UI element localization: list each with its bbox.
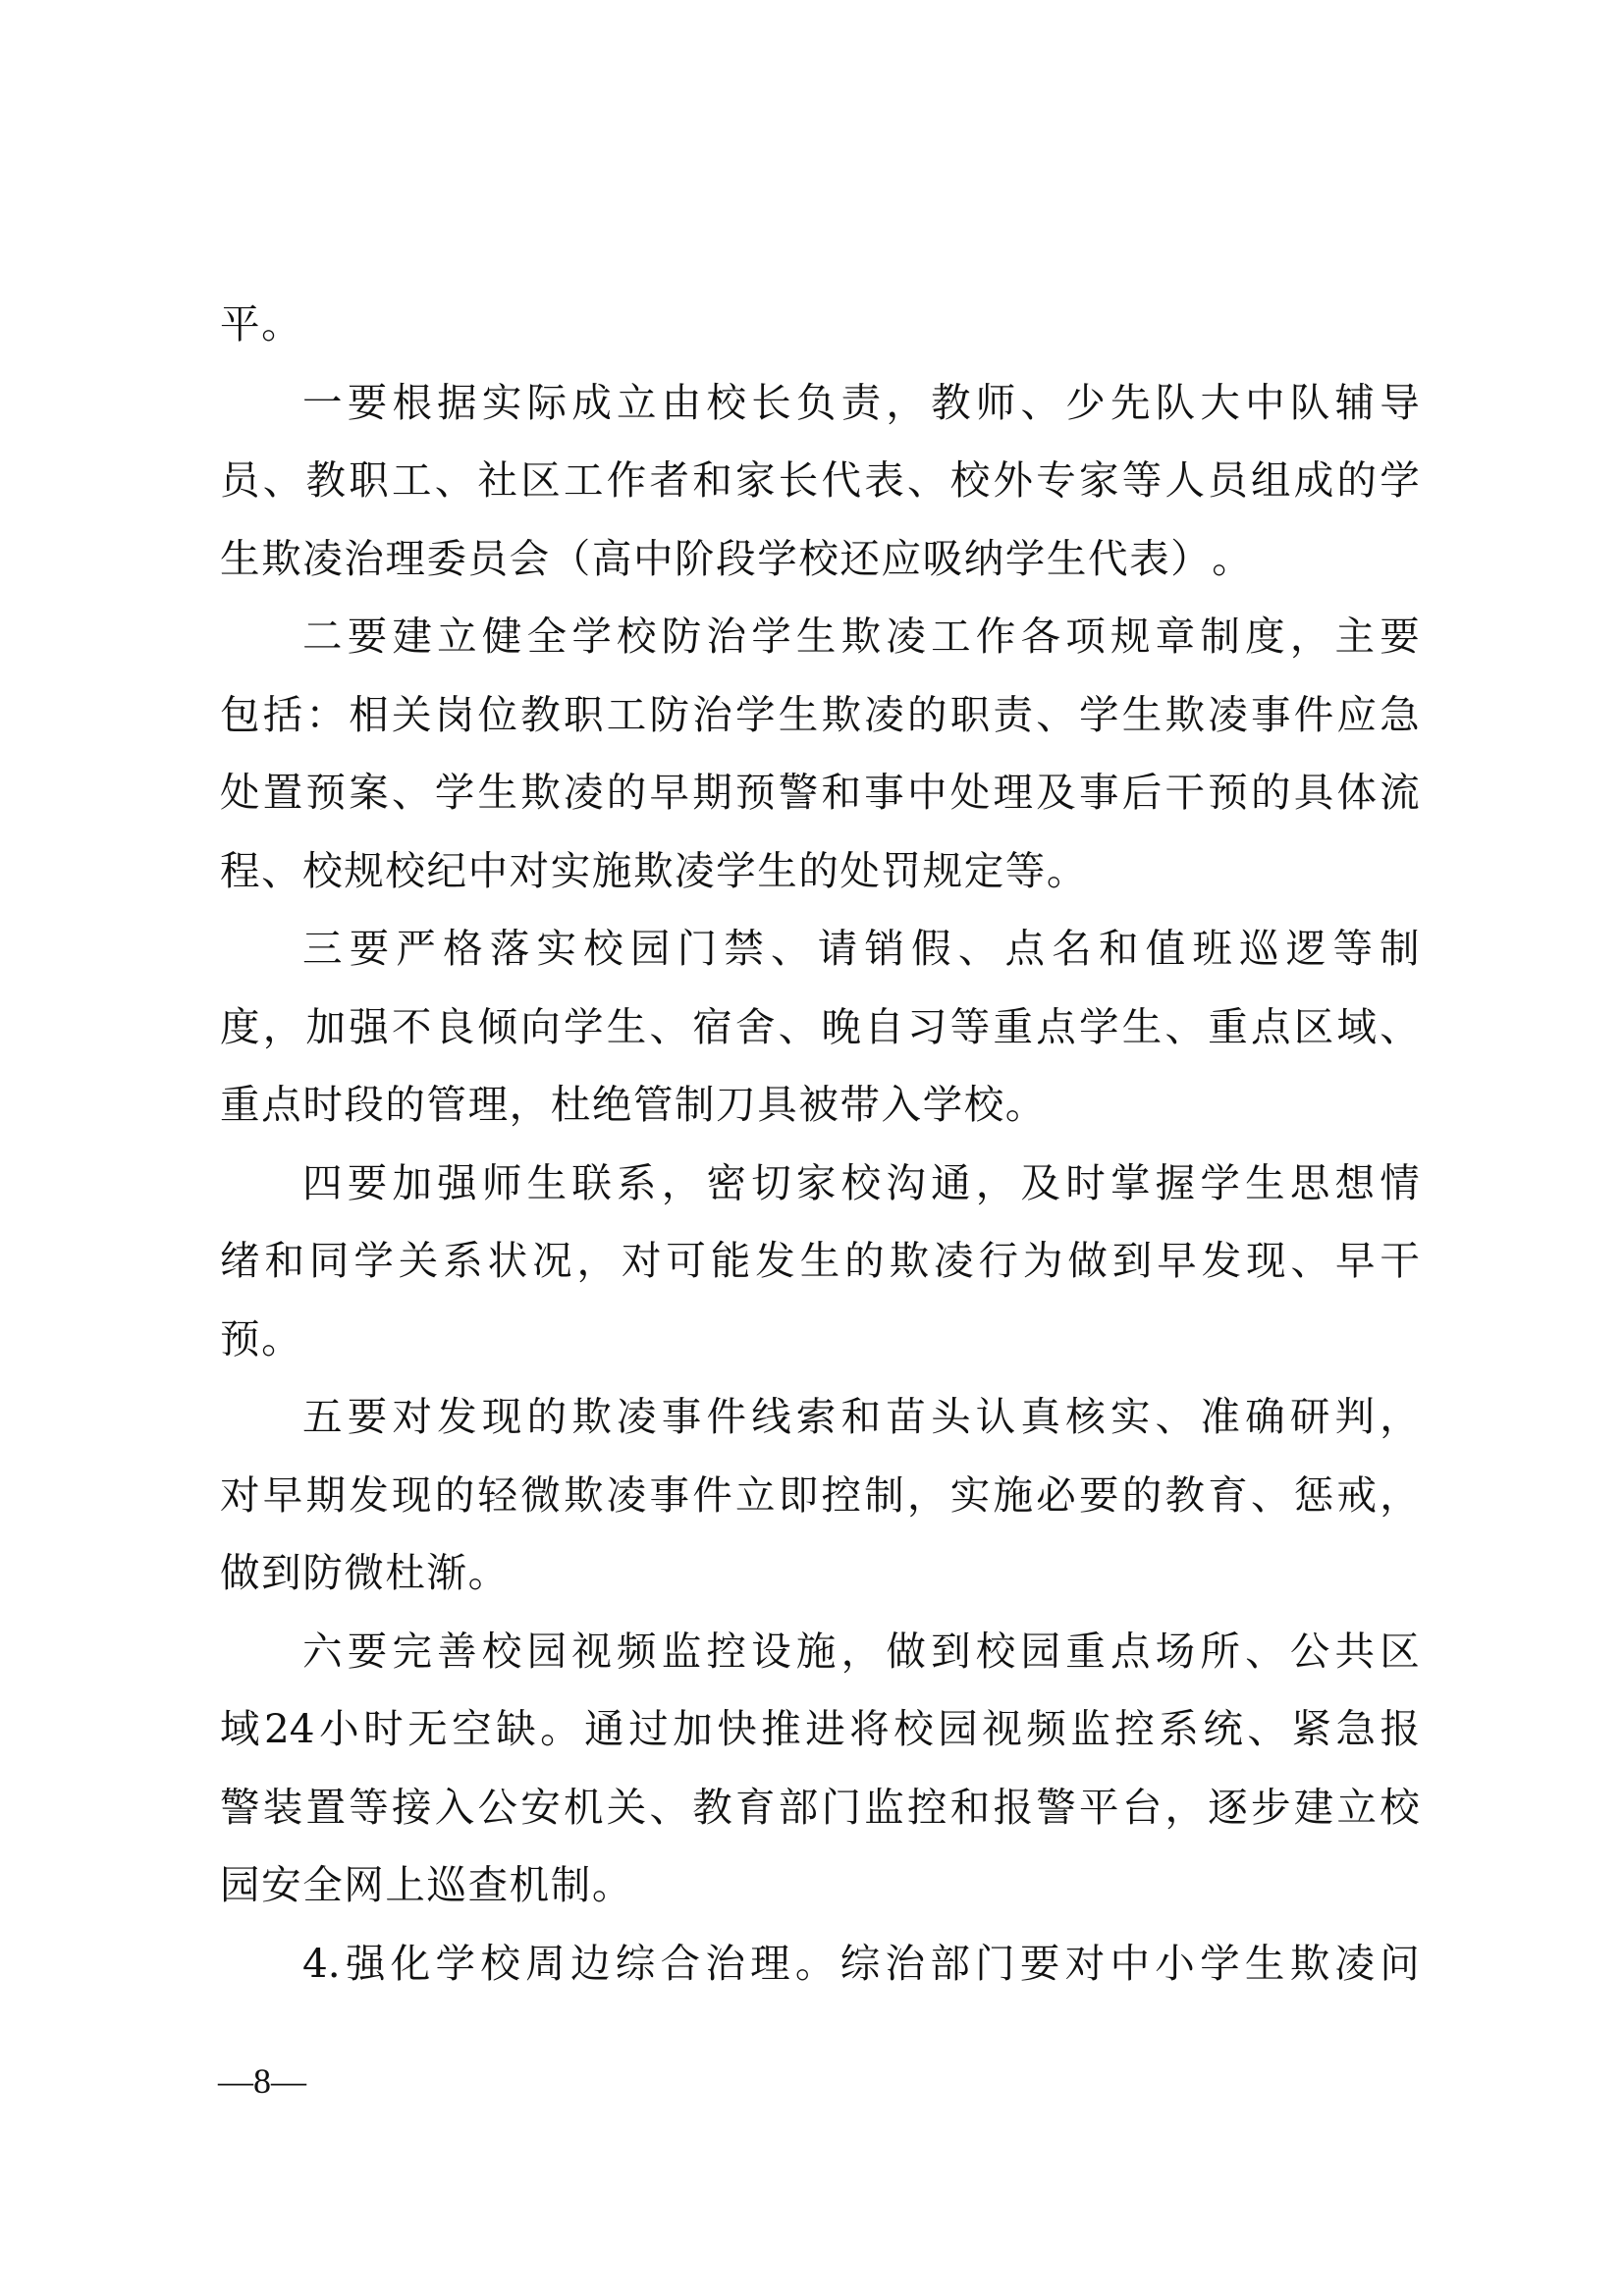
text-line: 预。 [220, 1311, 1420, 1390]
text-line: 域24小时无空缺。通过加快推进将校园视频监控系统、紧急报 [220, 1701, 1420, 1780]
text-line: 4.强化学校周边综合治理。综治部门要对中小学生欺凌问 [220, 1936, 1420, 2014]
text-line: 三要严格落实校园门禁、请销假、点名和值班巡逻等制 [220, 921, 1420, 999]
text-line: 警装置等接入公安机关、教育部门监控和报警平台，逐步建立校 [220, 1780, 1420, 1858]
text-line: 二要建立健全学校防治学生欺凌工作各项规章制度，主要 [220, 609, 1420, 687]
text-line: 员、教职工、社区工作者和家长代表、校外专家等人员组成的学 [220, 453, 1420, 531]
text-line: 园安全网上巡查机制。 [220, 1857, 1420, 1936]
text-line: 做到防微杜渐。 [220, 1545, 1420, 1624]
text-line: 重点时段的管理，杜绝管制刀具被带入学校。 [220, 1077, 1420, 1155]
text-line: 包括：相关岗位教职工防治学生欺凌的职责、学生欺凌事件应急 [220, 687, 1420, 766]
document-page: 平。一要根据实际成立由校长负责，教师、少先队大中队辅导员、教职工、社区工作者和家… [0, 0, 1624, 2296]
text-line: 处置预案、学生欺凌的早期预警和事中处理及事后干预的具体流 [220, 765, 1420, 843]
body-text: 平。一要根据实际成立由校长负责，教师、少先队大中队辅导员、教职工、社区工作者和家… [220, 296, 1420, 2013]
text-line: 一要根据实际成立由校长负责，教师、少先队大中队辅导 [220, 375, 1420, 454]
text-line: 对早期发现的轻微欺凌事件立即控制，实施必要的教育、惩戒， [220, 1468, 1420, 1546]
text-line: 程、校规校纪中对实施欺凌学生的处罚规定等。 [220, 843, 1420, 922]
text-line: 四要加强师生联系，密切家校沟通，及时掌握学生思想情 [220, 1155, 1420, 1234]
page-number: —8— [218, 2057, 306, 2105]
text-line: 绪和同学关系状况，对可能发生的欺凌行为做到早发现、早干 [220, 1233, 1420, 1311]
text-line: 生欺凌治理委员会（高中阶段学校还应吸纳学生代表）。 [220, 531, 1420, 610]
text-line: 度，加强不良倾向学生、宿舍、晚自习等重点学生、重点区域、 [220, 999, 1420, 1078]
text-line: 平。 [220, 296, 1420, 375]
text-line: 六要完善校园视频监控设施，做到校园重点场所、公共区 [220, 1624, 1420, 1702]
text-line: 五要对发现的欺凌事件线索和苗头认真核实、准确研判， [220, 1389, 1420, 1468]
